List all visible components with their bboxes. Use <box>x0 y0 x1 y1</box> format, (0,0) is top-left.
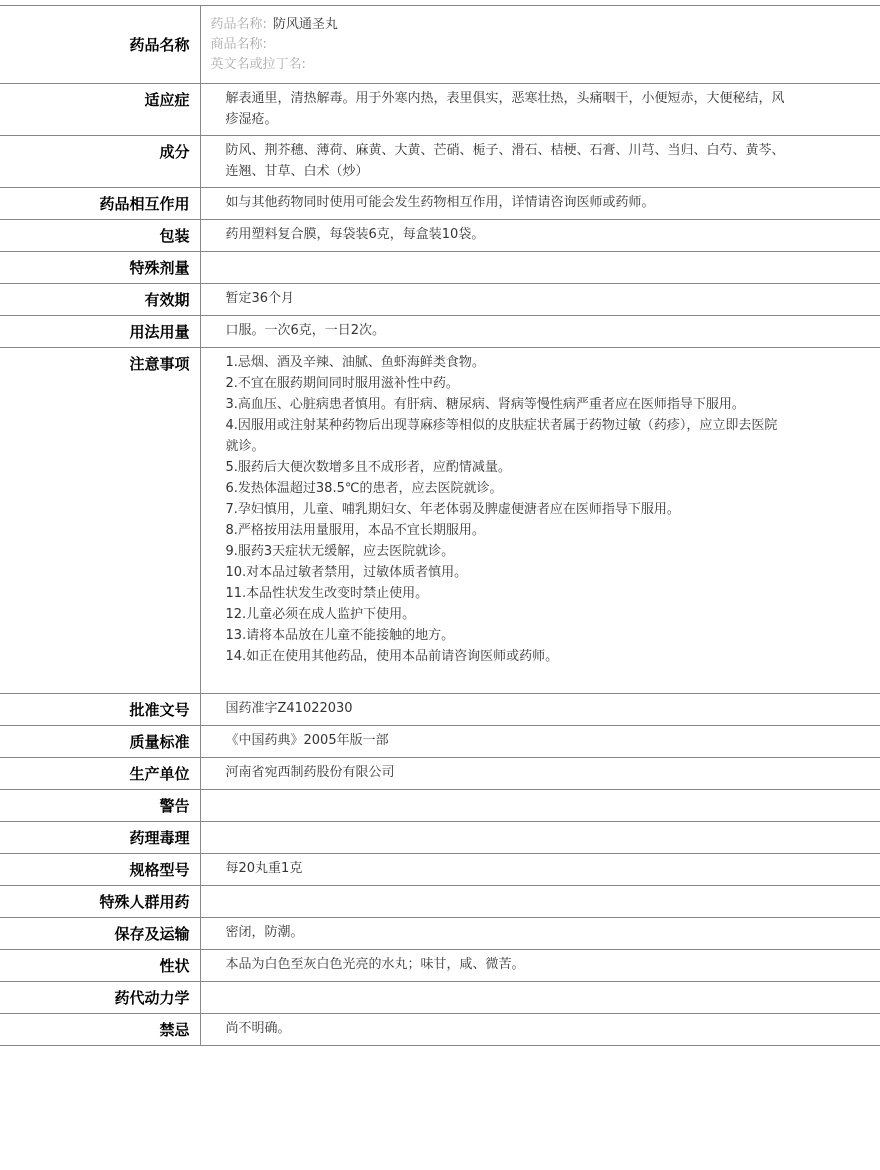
precaution-item: 4.因服用或注射某种药物后出现荨麻疹等相似的皮肤症状者属于药物过敏（药疹），应立… <box>226 415 786 457</box>
label-warning: 警告 <box>0 790 200 822</box>
label-indications: 适应症 <box>0 84 200 136</box>
label-pharmacology: 药理毒理 <box>0 822 200 854</box>
label-shelf-life: 有效期 <box>0 284 200 316</box>
value-quality-standard: 《中国药典》2005年版一部 <box>200 726 880 758</box>
precaution-item: 6.发热体温超过38.5℃的患者，应去医院就诊。 <box>226 478 786 499</box>
label-special-populations: 特殊人群用药 <box>0 886 200 918</box>
english-name-key: 英文名或拉丁名: <box>211 57 306 72</box>
row-usage: 用法用量 口服。一次6克，一日2次。 <box>0 316 880 348</box>
value-warning <box>200 790 880 822</box>
label-contraindications: 禁忌 <box>0 1014 200 1046</box>
row-special-dosage: 特殊剂量 <box>0 252 880 284</box>
precaution-item: 1.忌烟、酒及辛辣、油腻、鱼虾海鲜类食物。 <box>226 352 786 373</box>
generic-name-line: 药品名称:防风通圣丸 <box>211 15 880 35</box>
label-precautions: 注意事项 <box>0 348 200 694</box>
label-ingredients: 成分 <box>0 136 200 188</box>
precaution-item: 9.服药3天症状无缓解，应去医院就诊。 <box>226 541 786 562</box>
trade-name-key: 商品名称: <box>211 37 267 52</box>
row-contraindications: 禁忌 尚不明确。 <box>0 1014 880 1046</box>
indications-text: 解表通里，清热解毒。用于外寒内热，表里俱实，恶寒壮热，头痛咽干，小便短赤，大便秘… <box>226 88 786 130</box>
precaution-item: 5.服药后大便次数增多且不成形者，应酌情减量。 <box>226 457 786 478</box>
row-manufacturer: 生产单位 河南省宛西制药股份有限公司 <box>0 758 880 790</box>
value-packaging: 药用塑料复合膜，每袋装6克，每盒装10袋。 <box>200 220 880 252</box>
row-pharmacokinetics: 药代动力学 <box>0 982 880 1014</box>
row-appearance: 性状 本品为白色至灰白色光亮的水丸；味甘，咸、微苦。 <box>0 950 880 982</box>
label-special-dosage: 特殊剂量 <box>0 252 200 284</box>
value-ingredients: 防风、荆芥穗、薄荷、麻黄、大黄、芒硝、栀子、滑石、桔梗、石膏、川芎、当归、白芍、… <box>200 136 880 188</box>
row-shelf-life: 有效期 暂定36个月 <box>0 284 880 316</box>
precaution-item: 14.如正在使用其他药品，使用本品前请咨询医师或药师。 <box>226 646 786 667</box>
drug-spec-table: 药品名称 药品名称:防风通圣丸 商品名称: 英文名或拉丁名: 适应症 解表通里，… <box>0 5 880 1046</box>
generic-name-value: 防风通圣丸 <box>273 17 338 32</box>
row-storage: 保存及运输 密闭，防潮。 <box>0 918 880 950</box>
label-appearance: 性状 <box>0 950 200 982</box>
english-name-line: 英文名或拉丁名: <box>211 55 880 75</box>
value-contraindications: 尚不明确。 <box>200 1014 880 1046</box>
precaution-item: 10.对本品过敏者禁用，过敏体质者慎用。 <box>226 562 786 583</box>
precaution-item: 8.严格按用法用量服用，本品不宜长期服用。 <box>226 520 786 541</box>
row-drug-name: 药品名称 药品名称:防风通圣丸 商品名称: 英文名或拉丁名: <box>0 6 880 84</box>
precaution-item: 11.本品性状发生改变时禁止使用。 <box>226 583 786 604</box>
value-interactions: 如与其他药物同时使用可能会发生药物相互作用，详情请咨询医师或药师。 <box>200 188 880 220</box>
label-storage: 保存及运输 <box>0 918 200 950</box>
row-packaging: 包装 药用塑料复合膜，每袋装6克，每盒装10袋。 <box>0 220 880 252</box>
value-pharmacokinetics <box>200 982 880 1014</box>
row-pharmacology: 药理毒理 <box>0 822 880 854</box>
precaution-item: 2.不宜在服药期间同时服用滋补性中药。 <box>226 373 786 394</box>
row-specification: 规格型号 每20丸重1克 <box>0 854 880 886</box>
row-approval-number: 批准文号 国药准字Z41022030 <box>0 694 880 726</box>
row-interactions: 药品相互作用 如与其他药物同时使用可能会发生药物相互作用，详情请咨询医师或药师。 <box>0 188 880 220</box>
row-ingredients: 成分 防风、荆芥穗、薄荷、麻黄、大黄、芒硝、栀子、滑石、桔梗、石膏、川芎、当归、… <box>0 136 880 188</box>
label-quality-standard: 质量标准 <box>0 726 200 758</box>
value-storage: 密闭，防潮。 <box>200 918 880 950</box>
value-specification: 每20丸重1克 <box>200 854 880 886</box>
value-manufacturer: 河南省宛西制药股份有限公司 <box>200 758 880 790</box>
value-drug-name: 药品名称:防风通圣丸 商品名称: 英文名或拉丁名: <box>200 6 880 84</box>
generic-name-key: 药品名称: <box>211 17 267 32</box>
precaution-item: 3.高血压、心脏病患者慎用。有肝病、糖尿病、肾病等慢性病严重者应在医师指导下服用… <box>226 394 786 415</box>
label-interactions: 药品相互作用 <box>0 188 200 220</box>
label-approval-number: 批准文号 <box>0 694 200 726</box>
value-appearance: 本品为白色至灰白色光亮的水丸；味甘，咸、微苦。 <box>200 950 880 982</box>
value-special-populations <box>200 886 880 918</box>
value-usage: 口服。一次6克，一日2次。 <box>200 316 880 348</box>
value-approval-number: 国药准字Z41022030 <box>200 694 880 726</box>
label-manufacturer: 生产单位 <box>0 758 200 790</box>
ingredients-text: 防风、荆芥穗、薄荷、麻黄、大黄、芒硝、栀子、滑石、桔梗、石膏、川芎、当归、白芍、… <box>226 140 786 182</box>
value-precautions: 1.忌烟、酒及辛辣、油腻、鱼虾海鲜类食物。 2.不宜在服药期间同时服用滋补性中药… <box>200 348 880 694</box>
precaution-item: 13.请将本品放在儿童不能接触的地方。 <box>226 625 786 646</box>
value-pharmacology <box>200 822 880 854</box>
label-specification: 规格型号 <box>0 854 200 886</box>
precaution-item: 7.孕妇慎用，儿童、哺乳期妇女、年老体弱及脾虚便溏者应在医师指导下服用。 <box>226 499 786 520</box>
value-indications: 解表通里，清热解毒。用于外寒内热，表里俱实，恶寒壮热，头痛咽干，小便短赤，大便秘… <box>200 84 880 136</box>
value-special-dosage <box>200 252 880 284</box>
precaution-item: 12.儿童必须在成人监护下使用。 <box>226 604 786 625</box>
row-special-populations: 特殊人群用药 <box>0 886 880 918</box>
label-usage: 用法用量 <box>0 316 200 348</box>
label-packaging: 包装 <box>0 220 200 252</box>
row-warning: 警告 <box>0 790 880 822</box>
row-precautions: 注意事项 1.忌烟、酒及辛辣、油腻、鱼虾海鲜类食物。 2.不宜在服药期间同时服用… <box>0 348 880 694</box>
value-shelf-life: 暂定36个月 <box>200 284 880 316</box>
row-indications: 适应症 解表通里，清热解毒。用于外寒内热，表里俱实，恶寒壮热，头痛咽干，小便短赤… <box>0 84 880 136</box>
row-quality-standard: 质量标准 《中国药典》2005年版一部 <box>0 726 880 758</box>
trade-name-line: 商品名称: <box>211 35 880 55</box>
label-pharmacokinetics: 药代动力学 <box>0 982 200 1014</box>
label-drug-name: 药品名称 <box>0 6 200 84</box>
